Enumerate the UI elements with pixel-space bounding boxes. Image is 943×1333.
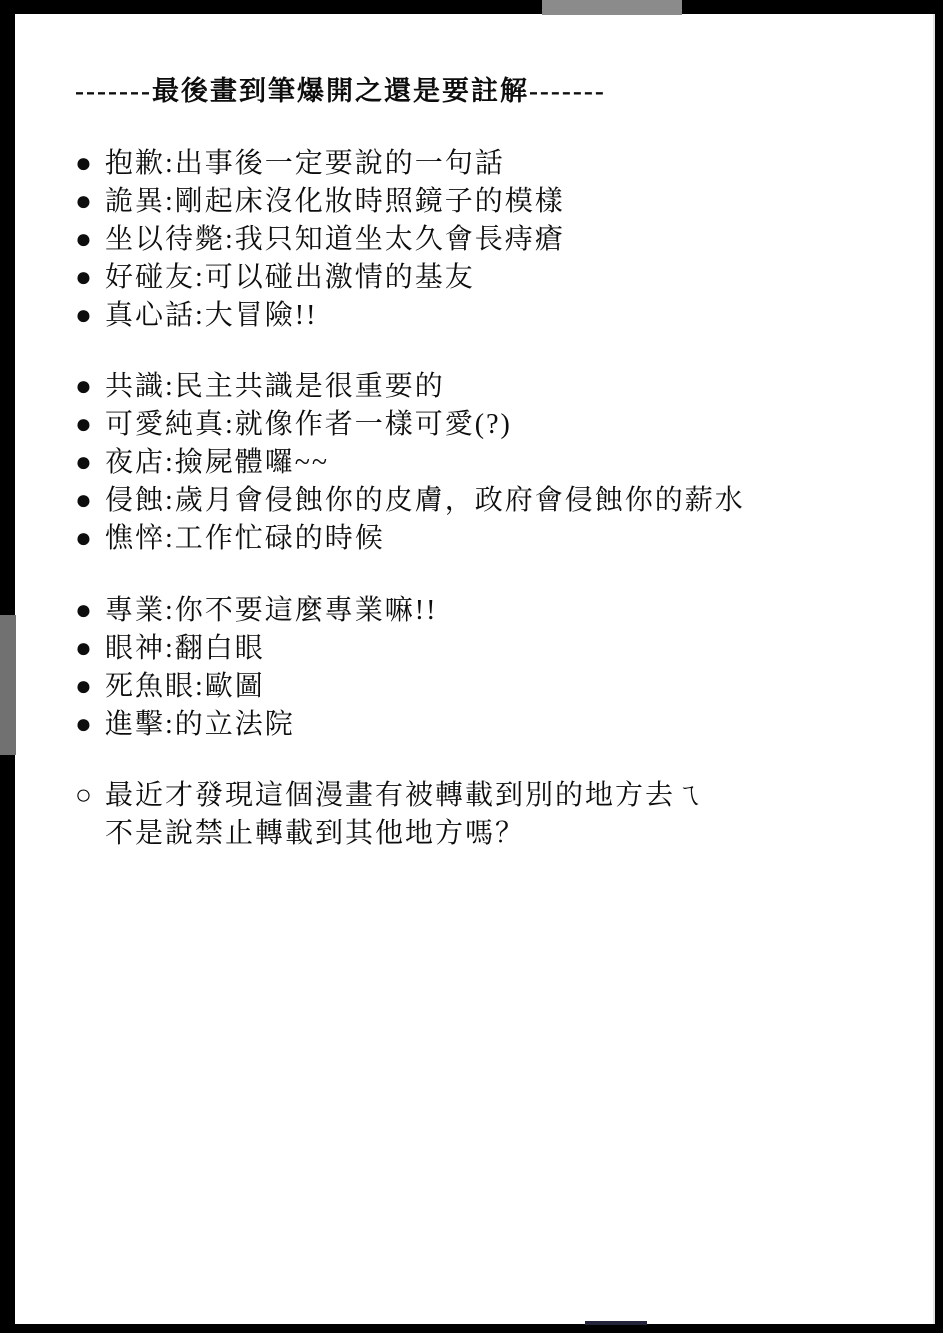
note-text: 詭異:剛起床沒化妝時照鏡子的模樣 <box>105 186 565 217</box>
note-line: ●真心話:大冒險!! <box>75 297 565 335</box>
note-text: 坐以待斃:我只知道坐太久會長痔瘡 <box>105 224 565 255</box>
note-text: 死魚眼:歐圖 <box>105 671 265 702</box>
filled-circle-bullet-icon: ● <box>75 592 105 630</box>
note-text: 共識:民主共識是很重要的 <box>105 371 445 402</box>
filled-circle-bullet-icon: ● <box>75 520 105 558</box>
note-text: 夜店:撿屍體囉~~ <box>105 447 329 478</box>
note-group-2: ●共識:民主共識是很重要的 ●可愛純真:就像作者一樣可愛(?) ●夜店:撿屍體囉… <box>75 368 745 558</box>
note-line: ●詭異:剛起床沒化妝時照鏡子的模樣 <box>75 183 565 221</box>
filled-circle-bullet-icon: ● <box>75 297 105 335</box>
document-page: -------最後畫到筆爆開之還是要註解------- ●抱歉:出事後一定要說的… <box>15 14 935 1324</box>
scan-artifact-left <box>0 615 16 755</box>
note-text: 眼神:翻白眼 <box>105 633 265 664</box>
note-line: ●抱歉:出事後一定要說的一句話 <box>75 145 565 183</box>
note-line: ●好碰友:可以碰出激情的基友 <box>75 259 565 297</box>
note-text: 真心話:大冒險!! <box>105 300 317 331</box>
note-group-3: ●專業:你不要這麼專業嘛!! ●眼神:翻白眼 ●死魚眼:歐圖 ●進擊:的立法院 <box>75 592 437 744</box>
filled-circle-bullet-icon: ● <box>75 668 105 706</box>
filled-circle-bullet-icon: ● <box>75 630 105 668</box>
note-text: 最近才發現這個漫畫有被轉載到別的地方去ㄟ <box>105 780 705 811</box>
note-text: 好碰友:可以碰出激情的基友 <box>105 262 475 293</box>
filled-circle-bullet-icon: ● <box>75 145 105 183</box>
filled-circle-bullet-icon: ● <box>75 706 105 744</box>
note-line: ●侵蝕:歲月會侵蝕你的皮膚，政府會侵蝕你的薪水 <box>75 482 745 520</box>
filled-circle-bullet-icon: ● <box>75 482 105 520</box>
note-line: ●死魚眼:歐圖 <box>75 668 437 706</box>
filled-circle-bullet-icon: ● <box>75 183 105 221</box>
note-text: 可愛純真:就像作者一樣可愛(?) <box>105 409 512 440</box>
note-text: 侵蝕:歲月會侵蝕你的皮膚，政府會侵蝕你的薪水 <box>105 485 745 516</box>
note-line: ●坐以待斃:我只知道坐太久會長痔瘡 <box>75 221 565 259</box>
filled-circle-bullet-icon: ● <box>75 368 105 406</box>
filled-circle-bullet-icon: ● <box>75 221 105 259</box>
note-line: ○最近才發現這個漫畫有被轉載到別的地方去ㄟ <box>75 777 705 815</box>
note-line: ●進擊:的立法院 <box>75 706 437 744</box>
note-group-4: ○最近才發現這個漫畫有被轉載到別的地方去ㄟ 不是說禁止轉載到其他地方嗎？ <box>75 777 705 853</box>
note-line-continuation: 不是說禁止轉載到其他地方嗎？ <box>75 815 705 853</box>
note-line: ●夜店:撿屍體囉~~ <box>75 444 745 482</box>
page-title: -------最後畫到筆爆開之還是要註解------- <box>75 69 606 108</box>
scanned-page-canvas: -------最後畫到筆爆開之還是要註解------- ●抱歉:出事後一定要說的… <box>0 0 943 1333</box>
note-line: ●憔悴:工作忙碌的時候 <box>75 520 745 558</box>
filled-circle-bullet-icon: ● <box>75 259 105 297</box>
note-line: ●專業:你不要這麼專業嘛!! <box>75 592 437 630</box>
note-text: 進擊:的立法院 <box>105 709 295 740</box>
filled-circle-bullet-icon: ● <box>75 406 105 444</box>
note-line: ●共識:民主共識是很重要的 <box>75 368 745 406</box>
open-circle-bullet-icon: ○ <box>75 777 105 815</box>
note-line: ●可愛純真:就像作者一樣可愛(?) <box>75 406 745 444</box>
note-group-1: ●抱歉:出事後一定要說的一句話 ●詭異:剛起床沒化妝時照鏡子的模樣 ●坐以待斃:… <box>75 145 565 335</box>
scan-artifact-top <box>542 0 682 15</box>
note-text: 專業:你不要這麼專業嘛!! <box>105 595 437 626</box>
note-text: 憔悴:工作忙碌的時候 <box>105 523 385 554</box>
note-line: ●眼神:翻白眼 <box>75 630 437 668</box>
scan-artifact-bottom <box>585 1321 647 1325</box>
scan-edge-shadow <box>933 14 935 1324</box>
filled-circle-bullet-icon: ● <box>75 444 105 482</box>
note-text: 抱歉:出事後一定要說的一句話 <box>105 148 505 179</box>
